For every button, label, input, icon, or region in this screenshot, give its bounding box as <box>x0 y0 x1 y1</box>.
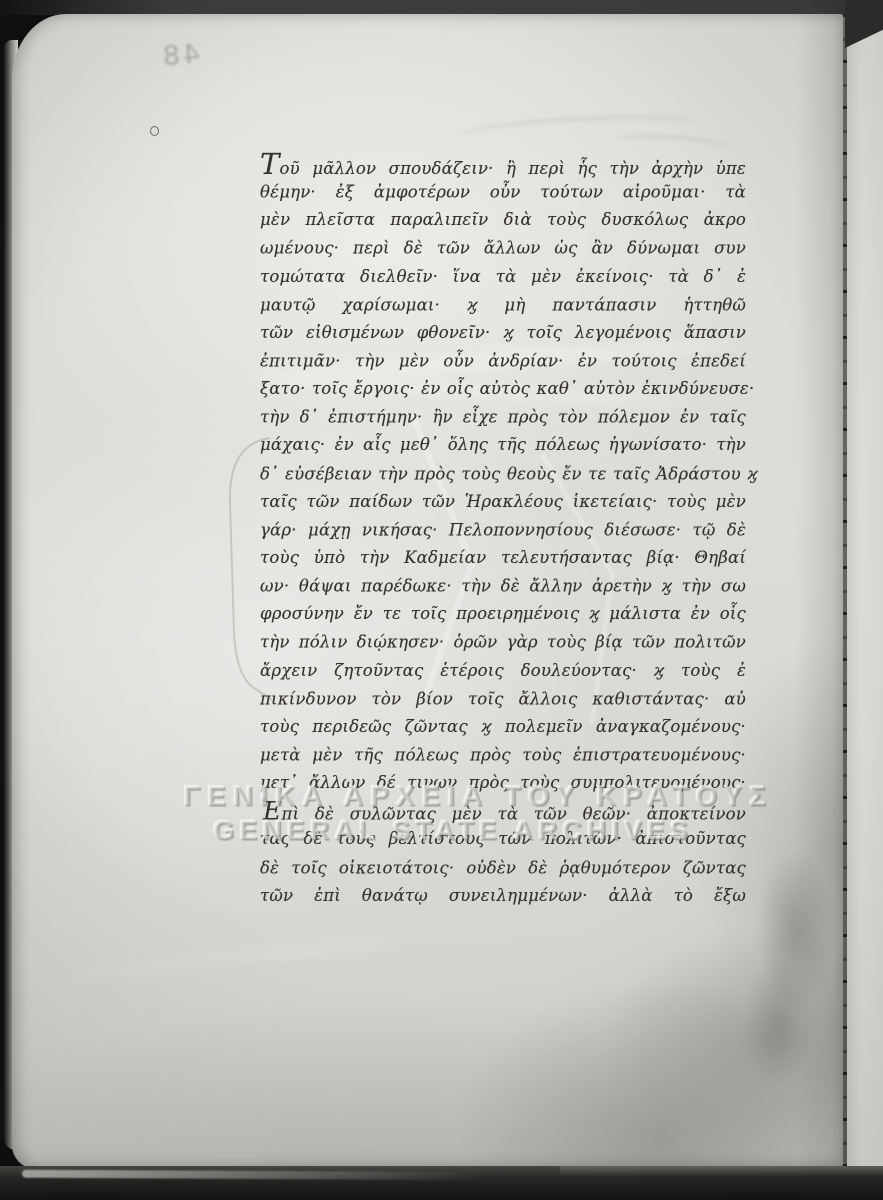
manuscript-text-line: τοὺς περιδεῶς ζῶντας ϗ πολεμεῖν ἀναγκαζο… <box>260 713 746 741</box>
manuscript-text-line: τοὺς ὑπὸ τὴν Καδμείαν τελευτήσαντας βίᾳ·… <box>260 544 746 572</box>
ink-dot <box>150 126 159 136</box>
manuscript-text-line: μαυτῷ χαρίσωμαι· ϗ μὴ παντάπασιν ἡττηθῶ <box>260 291 746 319</box>
manuscript-text-line: ταῖς τῶν παίδων τῶν Ἡρακλέους ἱκετείαις·… <box>260 488 746 516</box>
manuscript-text-line: φροσύνην ἔν τε τοῖς προειρημένοις ϗ μάλι… <box>260 600 746 628</box>
manuscript-photo: 48 Τοῦ μᾶλλον σπουδάζειν· ἢ περὶ ἧς τὴν … <box>0 0 883 1200</box>
gutter-shadow <box>795 14 843 1168</box>
manuscript-text-line: Τοῦ μᾶλλον σπουδάζειν· ἢ περὶ ἧς τὴν ἀρχ… <box>260 150 746 178</box>
manuscript-text-line: ἄρχειν ζητοῦντας ἑτέροις δουλεύοντας· ϗ … <box>260 657 746 685</box>
archive-watermark-greek: ΓΕΝΙΚΑ ΑΡΧΕΙΑ ΤΟΥ ΚΡΑΤΟΥΣ <box>183 780 773 812</box>
manuscript-page: 48 Τοῦ μᾶλλον σπουδάζειν· ἢ περὶ ἧς τὴν … <box>12 14 844 1169</box>
manuscript-text-line: γάρ· μάχῃ νικήσας· Πελοποννησίους διέσωσ… <box>260 516 746 544</box>
archive-watermark-english: GENERAL STATE ARCHIVES <box>213 815 693 846</box>
manuscript-text-line: δὲ τοῖς οἰκειοτάτοις· οὐδὲν δὲ ῥᾳθυμότερ… <box>260 854 746 882</box>
manuscript-text-line: ων· θάψαι παρέδωκε· τὴν δὲ ἄλλην ἀρετὴν … <box>260 573 746 601</box>
manuscript-text-line: πικίνδυνον τὸν βίον τοῖς ἄλλοις καθιστάν… <box>260 685 746 713</box>
folio-number-mark: 48 <box>149 34 212 78</box>
bottom-page-edges <box>0 1166 883 1200</box>
manuscript-text-line: δ᾽ εὐσέβειαν τὴν πρὸς τοὺς θεοὺς ἔν τε τ… <box>260 460 746 488</box>
manuscript-text-line: μάχαις· ἐν αἷς μεθ᾽ ὅλης τῆς πόλεως ἠγων… <box>260 431 746 459</box>
manuscript-text-line: ωμένους· περὶ δὲ τῶν ἄλλων ὡς ἂν δύνωμαι… <box>260 235 746 263</box>
manuscript-text-line: ξατο· τοῖς ἔργοις· ἐν οἷς αὐτὸς καθ᾽ αὑτ… <box>260 375 746 403</box>
manuscript-text-line: τῶν εἰθισμένων φθονεῖν· ϗ τοῖς λεγομένοι… <box>260 319 746 347</box>
manuscript-text-line: μὲν πλεῖστα παραλιπεῖν διὰ τοὺς δυσκόλως… <box>260 206 746 234</box>
manuscript-text-line: ἐπιτιμᾶν· τὴν μὲν οὖν ἀνδρίαν· ἐν τούτοι… <box>260 347 746 375</box>
manuscript-text-line: τῶν ἐπὶ θανάτῳ συνειλημμένων· ἀλλὰ τὸ ἔξ… <box>260 882 746 910</box>
top-background-band <box>0 0 883 15</box>
manuscript-text-line: τὴν δ᾽ ἐπιστήμην· ἣν εἶχε πρὸς τὸν πόλεμ… <box>260 404 746 432</box>
manuscript-text-line: μετὰ μὲν τῆς πόλεως πρὸς τοὺς ἐπιστρατευ… <box>260 741 746 769</box>
parchment-crease <box>72 937 401 979</box>
facing-page-edge <box>847 16 883 1176</box>
manuscript-text-line: τομώτατα διελθεῖν· ἵνα τὰ μὲν ἐκείνοις· … <box>260 263 746 291</box>
manuscript-text-line: θέμην· ἐξ ἀμφοτέρων οὖν τούτων αἱροῦμαι·… <box>260 179 746 207</box>
manuscript-text-line: τὴν πόλιν διῴκησεν· ὁρῶν γὰρ τοὺς βίᾳ τῶ… <box>260 629 746 657</box>
